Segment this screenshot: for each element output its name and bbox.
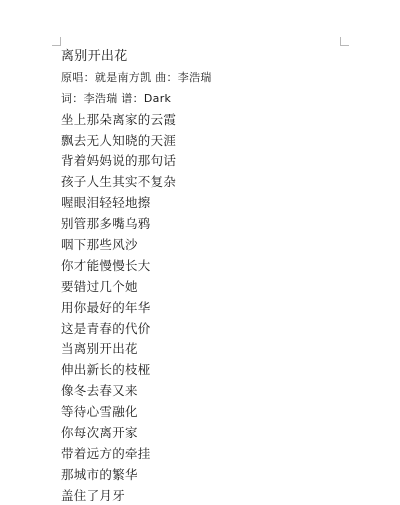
credits-lyricist-arranger: 词：李浩瑞 谱：Dark (61, 89, 341, 110)
credits-singer-composer: 原唱：就是南方凯 曲：李浩瑞 (61, 68, 341, 89)
lyric-line: 别管那多嘴乌鸦 (61, 214, 341, 235)
lyric-line: 你每次离开家 (61, 423, 341, 444)
lyric-line: 要错过几个她 (61, 277, 341, 298)
lyric-line: 孩子人生其实不复杂 (61, 172, 341, 193)
lyric-line: 飘去无人知晓的天涯 (61, 131, 341, 152)
lyric-line: 这是青春的代价 (61, 319, 341, 340)
document-body[interactable]: 离别开出花 原唱：就是南方凯 曲：李浩瑞 词：李浩瑞 谱：Dark 坐上那朵离家… (61, 47, 341, 505)
lyric-line: 当离别开出花 (61, 339, 341, 360)
lyric-line: 用你最好的年华 (61, 298, 341, 319)
margin-corner-mark-top-right (340, 37, 349, 46)
lyric-line: 带着远方的牵挂 (61, 444, 341, 465)
lyric-line: 喔眼泪轻轻地擦 (61, 193, 341, 214)
lyric-line: 背着妈妈说的那句话 (61, 151, 341, 172)
margin-corner-mark-top-left (52, 37, 61, 46)
lyric-line: 等待心雪融化 (61, 402, 341, 423)
song-title: 离别开出花 (61, 47, 341, 68)
lyric-line: 你才能慢慢长大 (61, 256, 341, 277)
lyric-line: 盖住了月牙 (61, 486, 341, 505)
lyric-line: 咽下那些风沙 (61, 235, 341, 256)
lyric-line: 坐上那朵离家的云霞 (61, 110, 341, 131)
document-page: 离别开出花 原唱：就是南方凯 曲：李浩瑞 词：李浩瑞 谱：Dark 坐上那朵离家… (0, 0, 400, 505)
lyric-line: 那城市的繁华 (61, 465, 341, 486)
lyric-line: 像冬去春又来 (61, 381, 341, 402)
lyric-line: 伸出新长的枝桠 (61, 360, 341, 381)
